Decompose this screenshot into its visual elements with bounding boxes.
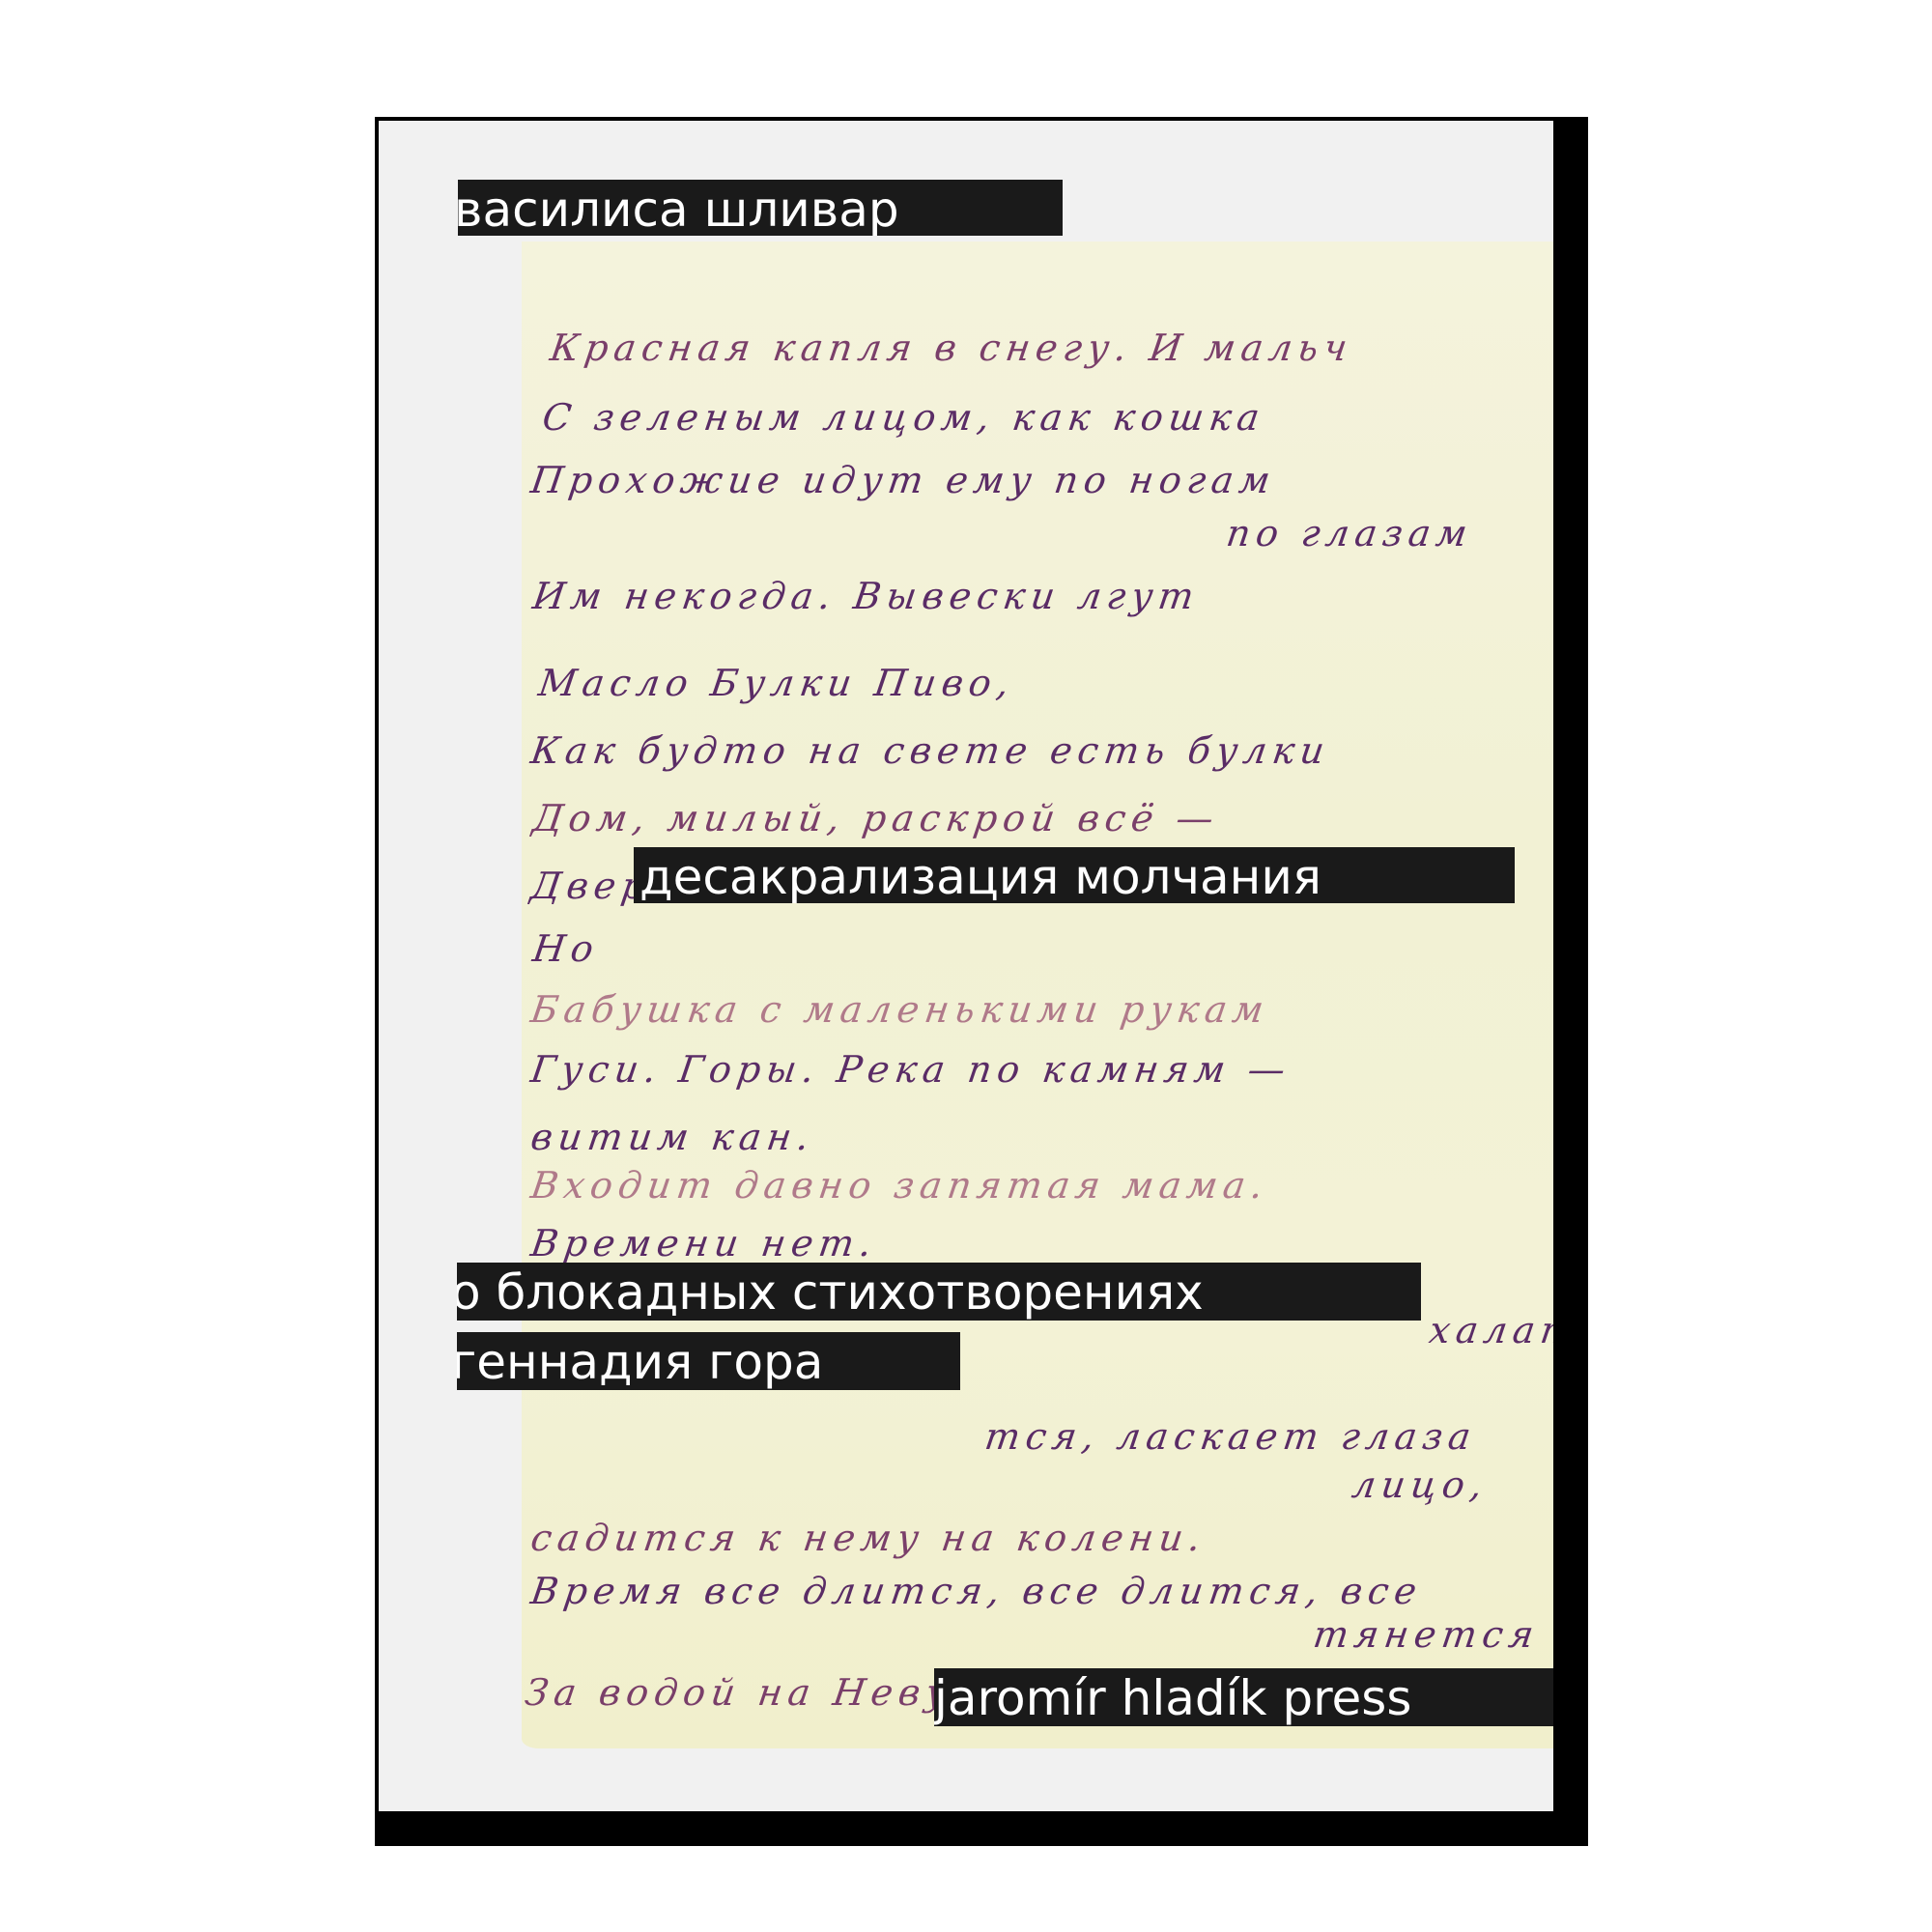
author-name-text: василиса шливар bbox=[458, 185, 899, 234]
manuscript-line: лицо, bbox=[1350, 1463, 1491, 1506]
book-subtitle-line-2: геннадия гора bbox=[457, 1332, 960, 1390]
manuscript-line: тянется bbox=[1311, 1613, 1542, 1656]
book-cover: Красная капля в снегу. И мальч С зеленым… bbox=[379, 121, 1553, 1811]
author-name: василиса шливар bbox=[458, 180, 1063, 236]
publisher-name-text: jaromír hladík press bbox=[934, 1674, 1411, 1722]
manuscript-line: Но bbox=[530, 927, 602, 970]
manuscript-line: витим кан. bbox=[528, 1116, 817, 1158]
book-title: десакрализация молчания bbox=[634, 847, 1515, 903]
manuscript-line: Им некогда. Вывески лгут bbox=[530, 575, 1203, 617]
manuscript-line: халат bbox=[1427, 1309, 1553, 1351]
subtitle-line-1-text: о блокадных стихотворениях bbox=[457, 1268, 1204, 1317]
publisher-name: jaromír hladík press bbox=[934, 1668, 1553, 1726]
manuscript-line: Времени нет. bbox=[528, 1222, 880, 1264]
manuscript-line: по глазам bbox=[1224, 512, 1476, 554]
manuscript-line: Дом, милый, раскрой всё — bbox=[530, 797, 1222, 839]
manuscript-line: садится к нему на колени. bbox=[528, 1517, 1209, 1559]
book-subtitle-line-1: о блокадных стихотворениях bbox=[457, 1263, 1421, 1321]
manuscript-line: Прохожие идут ему по ногам bbox=[528, 459, 1279, 501]
manuscript-line: тся, ласкает глаза bbox=[982, 1415, 1479, 1458]
manuscript-line: Бабушка с маленькими рукам bbox=[528, 988, 1272, 1031]
manuscript-line: Входит давно запятая мама. bbox=[528, 1164, 1271, 1207]
subtitle-line-2-text: геннадия гора bbox=[457, 1338, 823, 1386]
manuscript-page: Красная капля в снегу. И мальч С зеленым… bbox=[522, 241, 1553, 1748]
manuscript-line: Как будто на свете есть булки bbox=[528, 729, 1333, 772]
manuscript-line: Время все длится, все длится, все bbox=[528, 1570, 1425, 1612]
manuscript-line: Гуси. Горы. Река по камням — bbox=[528, 1048, 1293, 1091]
manuscript-line: Масло Булки Пиво, bbox=[536, 662, 1017, 704]
manuscript-line: Красная капля в снегу. И мальч bbox=[548, 327, 1355, 369]
manuscript-line: С зеленым лицом, как кошка bbox=[540, 396, 1268, 439]
book-title-text: десакрализация молчания bbox=[639, 853, 1321, 901]
